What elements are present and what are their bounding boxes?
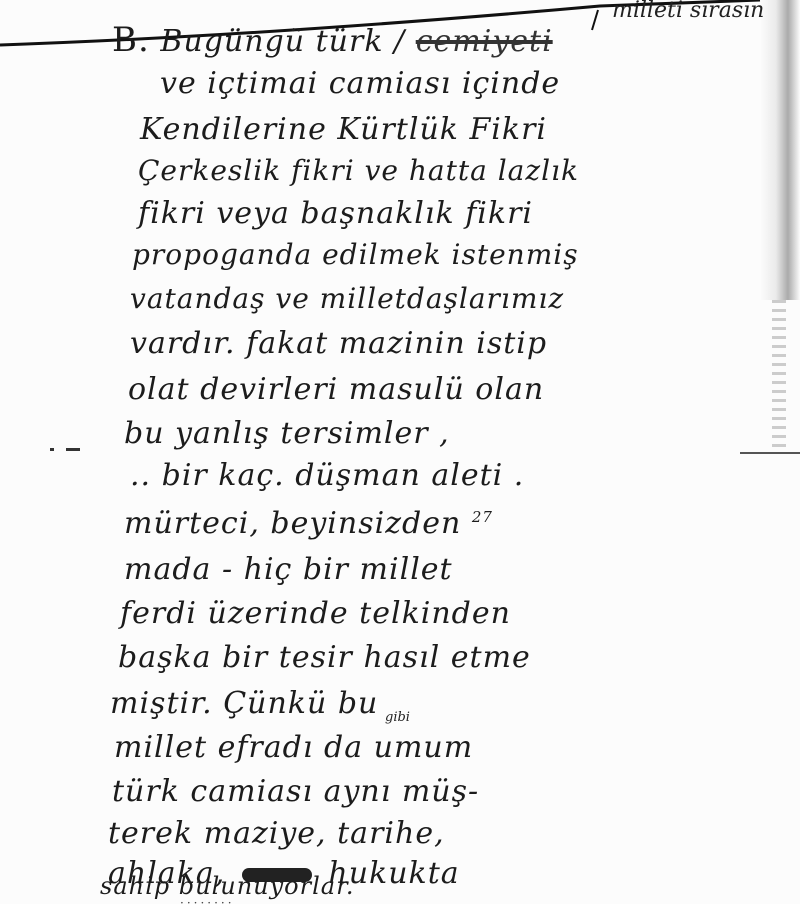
section-letter: B. — [112, 20, 150, 60]
line-3: Kendilerine Kürtlük Fikri — [140, 112, 547, 147]
line-7: vatandaş ve milletdaşlarımız — [130, 282, 564, 315]
insertion-above-line1: milleti sırasın — [612, 0, 764, 23]
line-15: başka bir tesir hasıl etme — [118, 640, 531, 675]
margin-dot — [50, 448, 54, 451]
line-text: mürteci, beyinsizden — [124, 506, 461, 541]
line-1: B. Bugüngü türk / cemiyeti — [112, 20, 553, 60]
line-12: mürteci, beyinsizden 27 — [124, 506, 493, 541]
margin-dash-right — [740, 452, 800, 454]
scan-edge-speckle — [772, 300, 786, 450]
line-4: Çerkeslik fikri ve hatta lazlık — [138, 154, 579, 187]
line-6: propoganda edilmek istenmiş — [132, 238, 579, 271]
line-14: ferdi üzerinde telkinden — [120, 596, 511, 631]
line-13: mada - hiç bir millet — [124, 552, 453, 587]
scan-edge-shadow — [760, 0, 800, 300]
struck-word: cemiyeti — [416, 24, 553, 59]
line-17: millet efradı da umum — [114, 730, 473, 765]
line-19: terek maziye, tarihe, — [108, 816, 445, 851]
manuscript-page: milleti sırasın B. Bugüngü türk / cemiye… — [0, 0, 800, 904]
line-2: ve içtimai camiası içinde — [160, 66, 560, 101]
line-text: vardır. fakat mazinin istip — [130, 326, 547, 361]
superscript-number: 27 — [472, 508, 493, 526]
line-16: miştir. Çünkü bu — [110, 686, 378, 721]
line-18: türk camiası aynı müş- — [112, 774, 479, 809]
insertion-above-line17: gibi — [385, 710, 410, 725]
line-10: bu yanlış tersimler , — [124, 416, 450, 451]
line-5: fikri veya başnaklık fikri — [138, 196, 533, 231]
line-9: olat devirleri masulü olan — [128, 372, 544, 407]
underline-dots: ········ — [180, 896, 235, 904]
margin-dash — [66, 448, 80, 451]
line-text: Bugüngü türk / — [160, 24, 405, 59]
line-11: .. bir kaç. düşman aleti . — [130, 458, 524, 493]
line-8: vardır. fakat mazinin istip — [130, 326, 547, 361]
